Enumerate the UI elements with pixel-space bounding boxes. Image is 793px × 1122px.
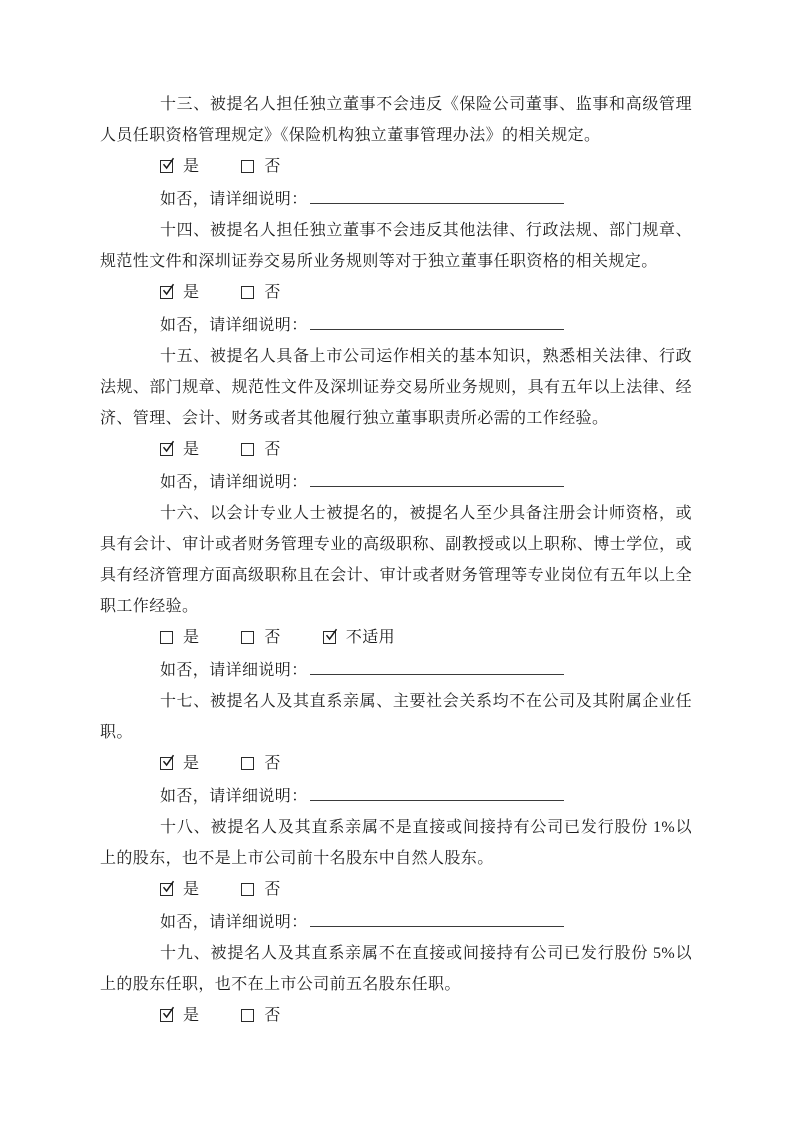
item-text: 十五、被提名人具备上市公司运作相关的基本知识，熟悉相关法律、行政法规、部门规章、… (100, 341, 692, 434)
checkbox-unchecked-icon[interactable] (241, 286, 254, 299)
option-unchecked[interactable]: 否 (241, 622, 280, 653)
checkbox-unchecked-icon[interactable] (241, 757, 254, 770)
option-label: 是 (183, 151, 199, 182)
option-label: 是 (183, 748, 199, 779)
followup-row: 如否，请详细说明： (100, 310, 692, 341)
option-label: 是 (183, 1000, 199, 1031)
checkbox-unchecked-icon[interactable] (160, 631, 173, 644)
followup-label: 如否，请详细说明： (160, 914, 308, 931)
checkbox-checked-icon[interactable] (160, 757, 173, 770)
option-unchecked[interactable]: 是 (160, 622, 199, 653)
check-icon (161, 157, 175, 171)
options-row: 是否不适用 (100, 622, 692, 655)
check-icon (161, 283, 175, 297)
option-unchecked[interactable]: 否 (241, 874, 280, 905)
option-checked[interactable]: 不适用 (323, 622, 395, 653)
check-icon (161, 754, 175, 768)
option-label: 否 (264, 874, 280, 905)
questionnaire-item: 十三、被提名人担任独立董事不会违反《保险公司董事、监事和高级管理人员任职资格管理… (100, 89, 692, 215)
option-label: 否 (264, 748, 280, 779)
checkbox-unchecked-icon[interactable] (241, 631, 254, 644)
document-page: 十三、被提名人担任独立董事不会违反《保险公司董事、监事和高级管理人员任职资格管理… (0, 0, 793, 1122)
item-text: 十四、被提名人担任独立董事不会违反其他法律、行政法规、部门规章、规范性文件和深圳… (100, 215, 692, 277)
explanation-blank-field[interactable] (310, 314, 564, 330)
option-unchecked[interactable]: 否 (241, 434, 280, 465)
explanation-blank-field[interactable] (310, 785, 564, 801)
checkbox-unchecked-icon[interactable] (241, 443, 254, 456)
followup-label: 如否，请详细说明： (160, 191, 308, 208)
item-text: 十三、被提名人担任独立董事不会违反《保险公司董事、监事和高级管理人员任职资格管理… (100, 89, 692, 151)
option-label: 否 (264, 151, 280, 182)
followup-label: 如否，请详细说明： (160, 474, 308, 491)
option-checked[interactable]: 是 (160, 434, 199, 465)
option-checked[interactable]: 是 (160, 748, 199, 779)
option-checked[interactable]: 是 (160, 151, 199, 182)
check-icon (161, 440, 175, 454)
explanation-blank-field[interactable] (310, 471, 564, 487)
options-row: 是否 (100, 874, 692, 907)
questionnaire-item: 十九、被提名人及其直系亲属不在直接或间接持有公司已发行股份 5%以上的股东任职，… (100, 938, 692, 1033)
item-text: 十七、被提名人及其直系亲属、主要社会关系均不在公司及其附属企业任职。 (100, 686, 692, 748)
item-text: 十九、被提名人及其直系亲属不在直接或间接持有公司已发行股份 5%以上的股东任职，… (100, 938, 692, 1000)
item-text: 十六、以会计专业人士被提名的，被提名人至少具备注册会计师资格，或具有会计、审计或… (100, 498, 692, 622)
checkbox-checked-icon[interactable] (160, 160, 173, 173)
checkbox-unchecked-icon[interactable] (241, 883, 254, 896)
questionnaire-item: 十五、被提名人具备上市公司运作相关的基本知识，熟悉相关法律、行政法规、部门规章、… (100, 341, 692, 498)
option-label: 是 (183, 622, 199, 653)
option-unchecked[interactable]: 否 (241, 1000, 280, 1031)
options-row: 是否 (100, 1000, 692, 1033)
questionnaire-item: 十四、被提名人担任独立董事不会违反其他法律、行政法规、部门规章、规范性文件和深圳… (100, 215, 692, 341)
options-row: 是否 (100, 277, 692, 310)
explanation-blank-field[interactable] (310, 188, 564, 204)
checkbox-checked-icon[interactable] (323, 631, 336, 644)
explanation-blank-field[interactable] (310, 659, 564, 675)
option-label: 是 (183, 434, 199, 465)
followup-row: 如否，请详细说明： (100, 781, 692, 812)
items-container: 十三、被提名人担任独立董事不会违反《保险公司董事、监事和高级管理人员任职资格管理… (100, 89, 692, 1033)
check-icon (161, 880, 175, 894)
followup-row: 如否，请详细说明： (100, 184, 692, 215)
questionnaire-item: 十六、以会计专业人士被提名的，被提名人至少具备注册会计师资格，或具有会计、审计或… (100, 498, 692, 686)
option-label: 否 (264, 622, 280, 653)
checkbox-unchecked-icon[interactable] (241, 160, 254, 173)
option-checked[interactable]: 是 (160, 874, 199, 905)
option-unchecked[interactable]: 否 (241, 277, 280, 308)
option-label: 不适用 (346, 622, 395, 653)
option-label: 否 (264, 1000, 280, 1031)
option-label: 否 (264, 277, 280, 308)
followup-row: 如否，请详细说明： (100, 467, 692, 498)
followup-label: 如否，请详细说明： (160, 317, 308, 334)
checkbox-unchecked-icon[interactable] (241, 1009, 254, 1022)
option-label: 是 (183, 874, 199, 905)
options-row: 是否 (100, 434, 692, 467)
option-label: 是 (183, 277, 199, 308)
option-unchecked[interactable]: 否 (241, 748, 280, 779)
option-checked[interactable]: 是 (160, 1000, 199, 1031)
questionnaire-item: 十七、被提名人及其直系亲属、主要社会关系均不在公司及其附属企业任职。 是否 如否… (100, 686, 692, 812)
options-row: 是否 (100, 748, 692, 781)
check-icon (161, 1006, 175, 1020)
option-unchecked[interactable]: 否 (241, 151, 280, 182)
checkbox-checked-icon[interactable] (160, 286, 173, 299)
explanation-blank-field[interactable] (310, 911, 564, 927)
option-checked[interactable]: 是 (160, 277, 199, 308)
checkbox-checked-icon[interactable] (160, 883, 173, 896)
followup-row: 如否，请详细说明： (100, 655, 692, 686)
check-icon (324, 628, 338, 642)
option-label: 否 (264, 434, 280, 465)
followup-row: 如否，请详细说明： (100, 907, 692, 938)
followup-label: 如否，请详细说明： (160, 662, 308, 679)
followup-label: 如否，请详细说明： (160, 788, 308, 805)
options-row: 是否 (100, 151, 692, 184)
item-text: 十八、被提名人及其直系亲属不是直接或间接持有公司已发行股份 1%以上的股东，也不… (100, 812, 692, 874)
questionnaire-item: 十八、被提名人及其直系亲属不是直接或间接持有公司已发行股份 1%以上的股东，也不… (100, 812, 692, 938)
checkbox-checked-icon[interactable] (160, 443, 173, 456)
checkbox-checked-icon[interactable] (160, 1009, 173, 1022)
